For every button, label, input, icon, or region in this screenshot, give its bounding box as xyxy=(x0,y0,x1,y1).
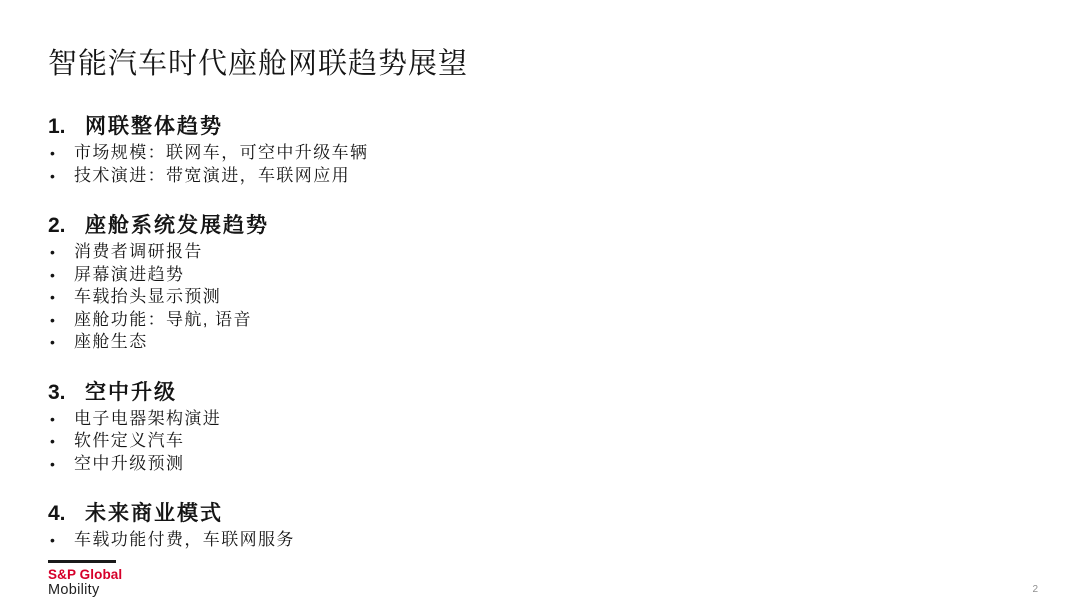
bullet-marker: • xyxy=(48,166,74,188)
bullet-text: 软件定义汽车 xyxy=(74,430,184,452)
section-heading: 2. 座舱系统发展趋势 xyxy=(48,213,1020,238)
bullet-text: 座舱生态 xyxy=(74,331,148,353)
bullet-list: • 车载功能付费，车联网服务 xyxy=(48,529,1020,552)
list-item: • 技术演进：带宽演进，车联网应用 xyxy=(48,165,1020,188)
bullet-text: 空中升级预测 xyxy=(74,453,184,475)
list-item: • 空中升级预测 xyxy=(48,453,1020,476)
list-item: • 软件定义汽车 xyxy=(48,430,1020,453)
list-item: • 市场规模：联网车，可空中升级车辆 xyxy=(48,142,1020,165)
bullet-marker: • xyxy=(48,242,74,264)
presentation-slide: 智能汽车时代座舱网联趋势展望 1. 网联整体趋势 • 市场规模：联网车，可空中升… xyxy=(0,0,1080,607)
section-number: 4. xyxy=(48,501,85,526)
bullet-text: 市场规模：联网车，可空中升级车辆 xyxy=(74,142,368,164)
section-heading-text: 座舱系统发展趋势 xyxy=(85,213,269,238)
bullet-text: 技术演进：带宽演进，车联网应用 xyxy=(74,165,350,187)
bullet-marker: • xyxy=(48,409,74,431)
bullet-text: 座舱功能：导航, 语音 xyxy=(74,309,252,331)
bullet-marker: • xyxy=(48,143,74,165)
bullet-text: 消费者调研报告 xyxy=(74,241,203,263)
sp-global-mobility-logo: S&P Global Mobility xyxy=(48,560,168,598)
bullet-text: 车载抬头显示预测 xyxy=(74,286,221,308)
section-heading-text: 网联整体趋势 xyxy=(85,114,223,139)
list-item: • 电子电器架构演进 xyxy=(48,408,1020,431)
bullet-marker: • xyxy=(48,530,74,552)
bullet-list: • 消费者调研报告 • 屏幕演进趋势 • 车载抬头显示预测 • 座舱功能：导航,… xyxy=(48,241,1020,354)
section-heading: 4. 未来商业模式 xyxy=(48,501,1020,526)
bullet-marker: • xyxy=(48,265,74,287)
section-number: 3. xyxy=(48,380,85,405)
section-heading-text: 未来商业模式 xyxy=(85,501,223,526)
bullet-list: • 电子电器架构演进 • 软件定义汽车 • 空中升级预测 xyxy=(48,408,1020,476)
section-ota-upgrade: 3. 空中升级 • 电子电器架构演进 • 软件定义汽车 • 空中升级预测 xyxy=(48,380,1020,476)
list-item: • 车载功能付费，车联网服务 xyxy=(48,529,1020,552)
section-heading: 1. 网联整体趋势 xyxy=(48,114,1020,139)
bullet-marker: • xyxy=(48,454,74,476)
section-number: 2. xyxy=(48,213,85,238)
bullet-marker: • xyxy=(48,431,74,453)
list-item: • 座舱功能：导航, 语音 xyxy=(48,309,1020,332)
bullet-marker: • xyxy=(48,332,74,354)
bullet-text: 屏幕演进趋势 xyxy=(74,264,184,286)
section-connectivity-trends: 1. 网联整体趋势 • 市场规模：联网车，可空中升级车辆 • 技术演进：带宽演进… xyxy=(48,114,1020,187)
bullet-text: 车载功能付费，车联网服务 xyxy=(74,529,295,551)
bullet-list: • 市场规模：联网车，可空中升级车辆 • 技术演进：带宽演进，车联网应用 xyxy=(48,142,1020,187)
section-heading-text: 空中升级 xyxy=(85,380,177,405)
bullet-text: 电子电器架构演进 xyxy=(74,408,221,430)
bullet-marker: • xyxy=(48,287,74,309)
logo-text-sp-global: S&P Global xyxy=(48,567,168,582)
slide-content: 智能汽车时代座舱网联趋势展望 1. 网联整体趋势 • 市场规模：联网车，可空中升… xyxy=(48,48,1020,552)
section-heading: 3. 空中升级 xyxy=(48,380,1020,405)
logo-rule xyxy=(48,560,116,563)
list-item: • 消费者调研报告 xyxy=(48,241,1020,264)
page-number: 2 xyxy=(1032,584,1038,595)
section-cockpit-system-trends: 2. 座舱系统发展趋势 • 消费者调研报告 • 屏幕演进趋势 • 车载抬头显示预… xyxy=(48,213,1020,354)
list-item: • 屏幕演进趋势 xyxy=(48,264,1020,287)
section-future-business-models: 4. 未来商业模式 • 车载功能付费，车联网服务 xyxy=(48,501,1020,552)
list-item: • 座舱生态 xyxy=(48,331,1020,354)
section-number: 1. xyxy=(48,114,85,139)
logo-text-mobility: Mobility xyxy=(48,582,168,598)
slide-title: 智能汽车时代座舱网联趋势展望 xyxy=(48,48,1020,81)
bullet-marker: • xyxy=(48,310,74,332)
list-item: • 车载抬头显示预测 xyxy=(48,286,1020,309)
